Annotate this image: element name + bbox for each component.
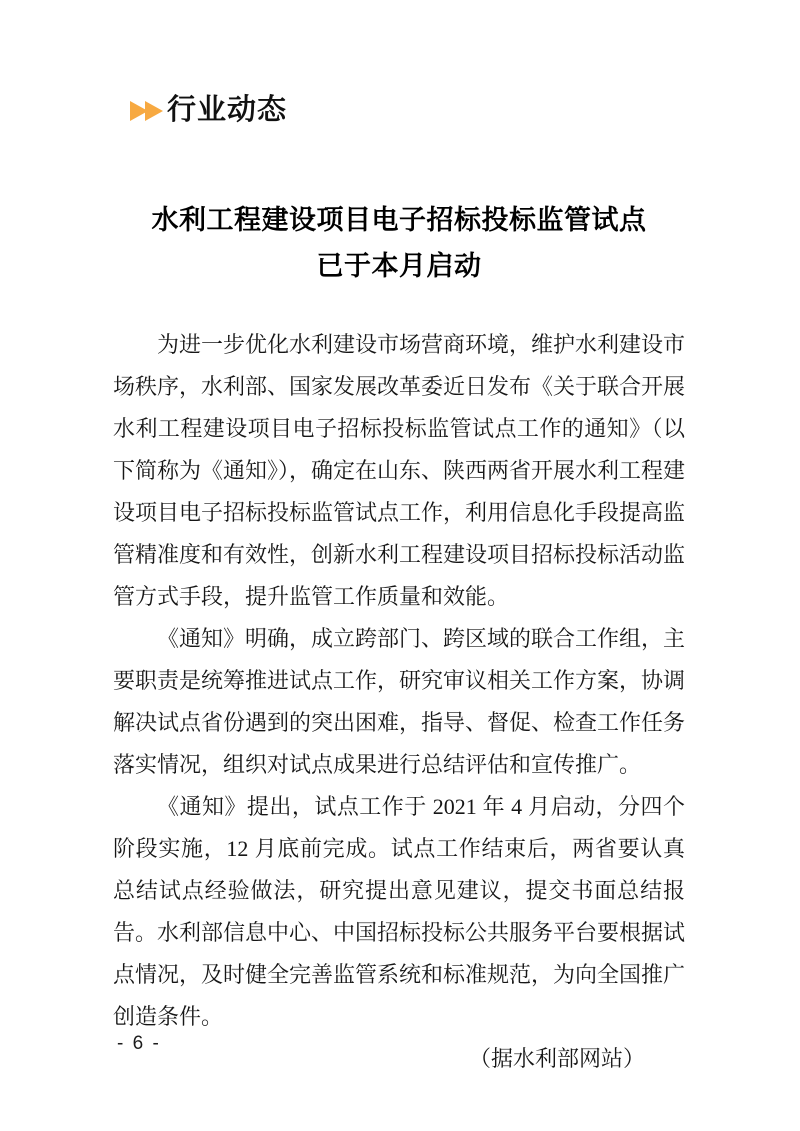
paragraph: 为进一步优化水利建设市场营商环境，维护水利建设市场秩序，水利部、国家发展改革委近… (113, 324, 685, 618)
article-body: 为进一步优化水利建设市场营商环境，维护水利建设市场秩序，水利部、国家发展改革委近… (113, 324, 685, 1080)
section-header-label: 行业动态 (167, 96, 287, 125)
article-title-line-2: 已于本月启动 (113, 243, 685, 289)
paragraph: 《通知》提出，试点工作于 2021 年 4 月启动，分四个阶段实施，12 月底前… (113, 786, 685, 1038)
article-title-line-1: 水利工程建设项目电子招标投标监管试点 (113, 197, 685, 243)
double-arrow-right-icon (130, 101, 163, 121)
paragraph: 《通知》明确，成立跨部门、跨区域的联合工作组，主要职责是统筹推进试点工作，研究审… (113, 618, 685, 786)
section-header: 行业动态 (130, 96, 287, 125)
article-title: 水利工程建设项目电子招标投标监管试点 已于本月启动 (113, 197, 685, 289)
document-page: 行业动态 水利工程建设项目电子招标投标监管试点 已于本月启动 为进一步优化水利建… (0, 0, 800, 1131)
attribution: （据水利部网站） (113, 1038, 685, 1080)
page-number: - 6 - (117, 1033, 161, 1055)
